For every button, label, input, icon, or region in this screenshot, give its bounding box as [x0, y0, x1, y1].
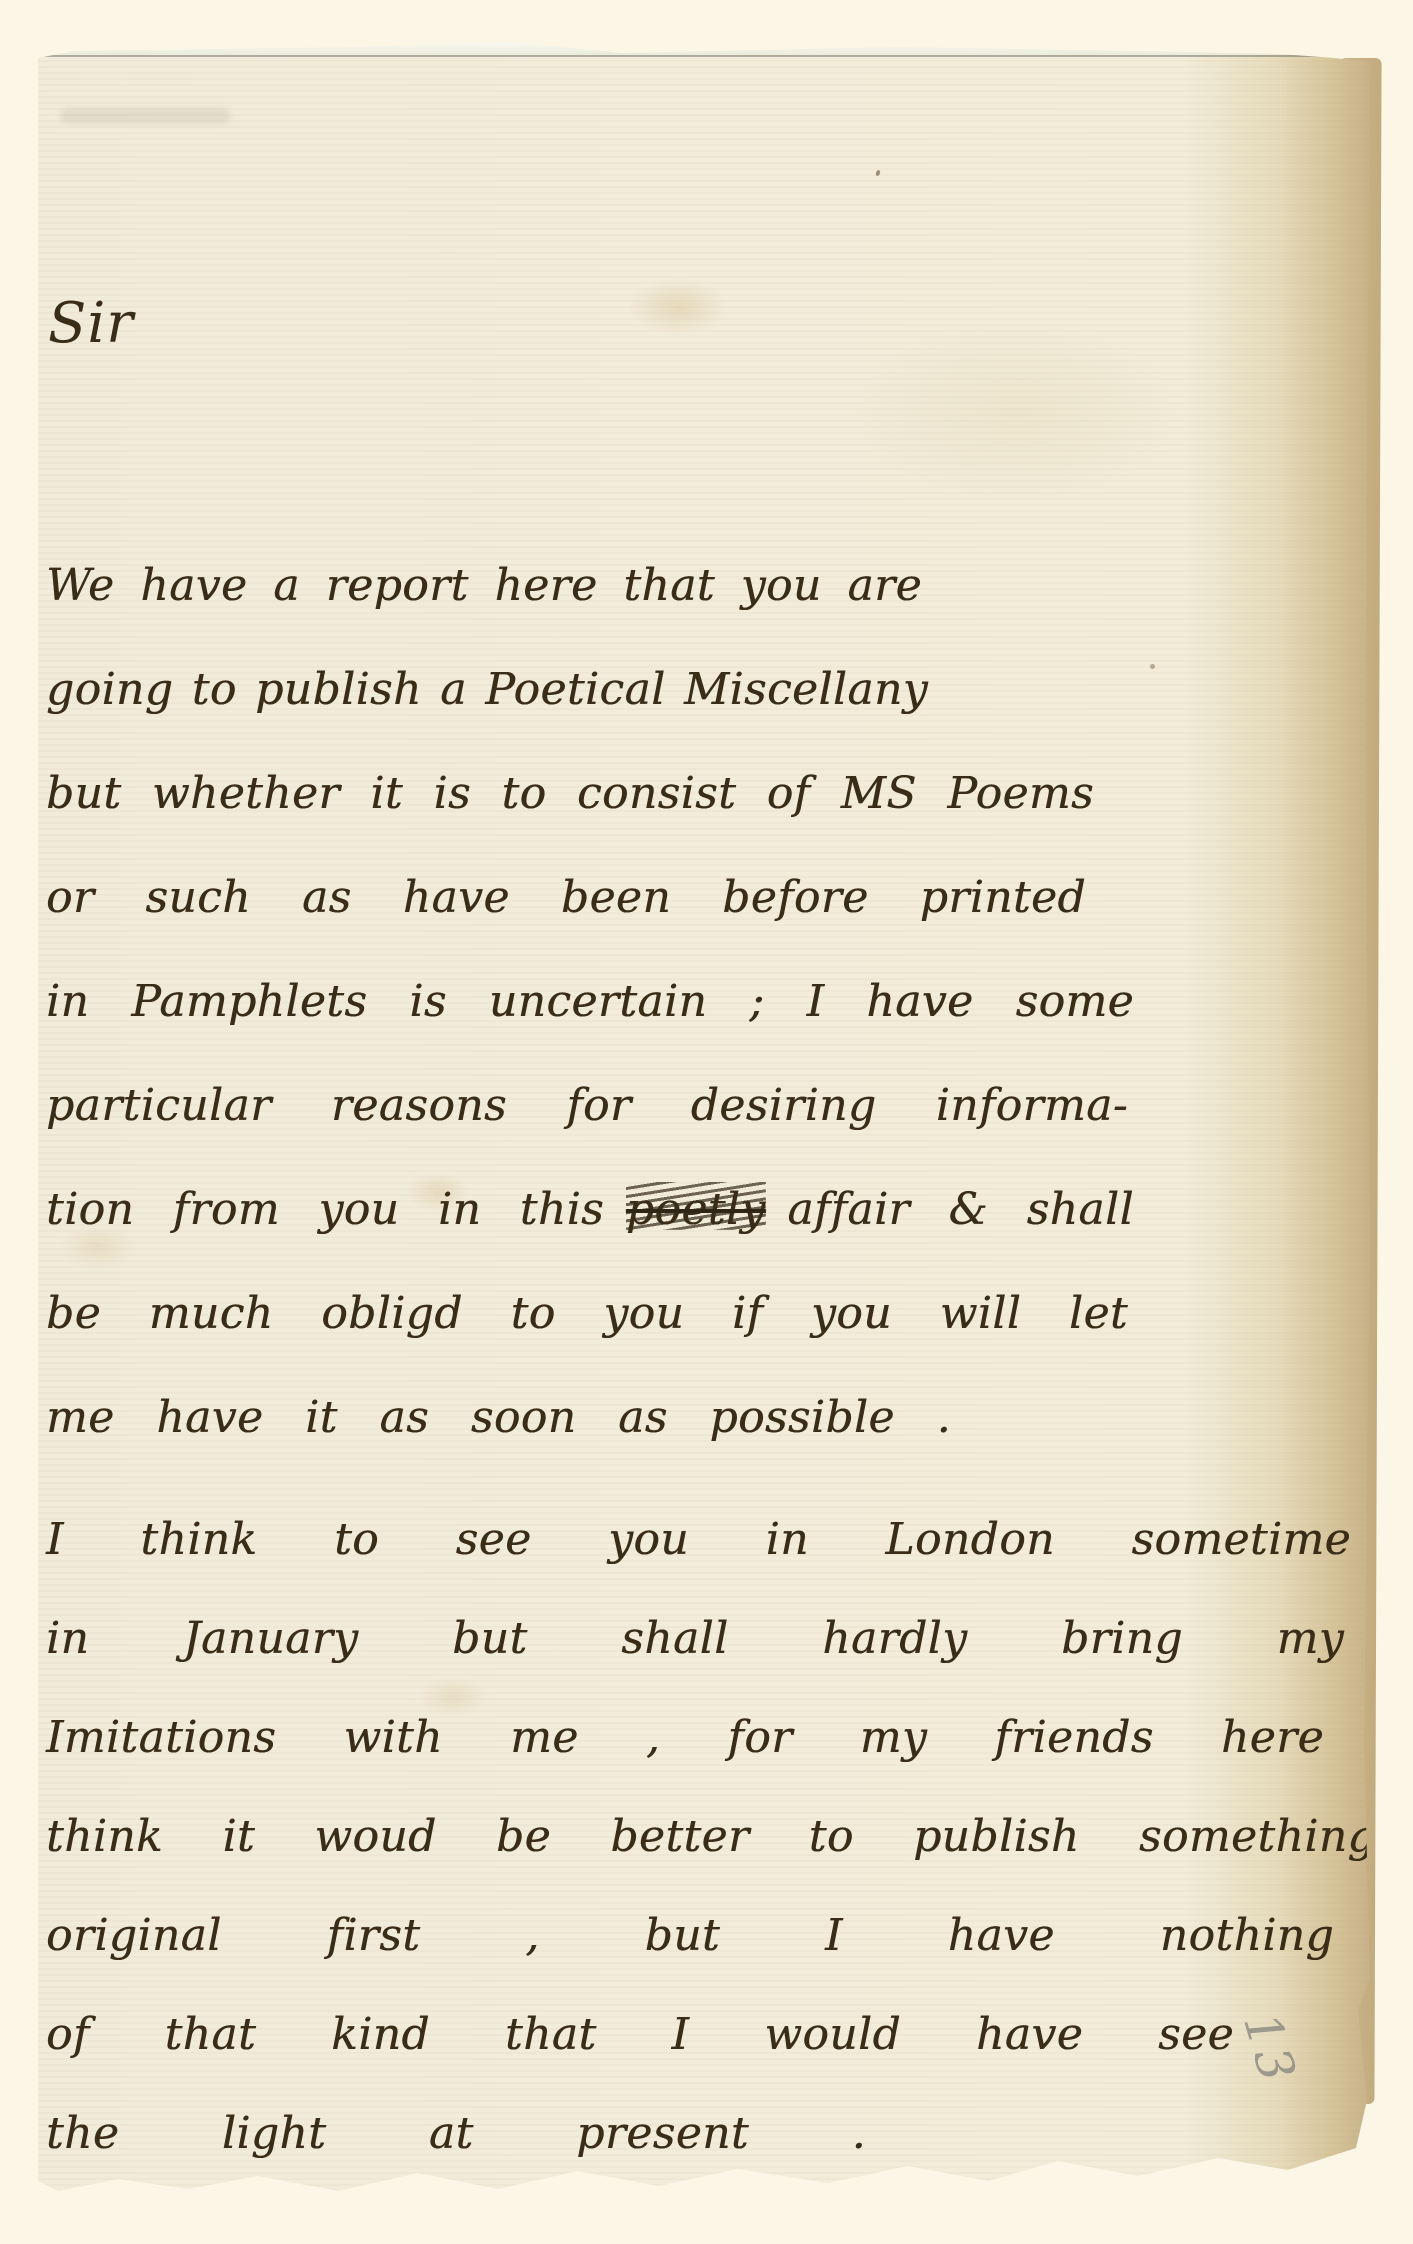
letter-line: going to publish a Poetical Miscellany	[46, 638, 928, 742]
line-text: tion from you in this	[46, 1158, 604, 1262]
page-top-edge	[38, 42, 1370, 55]
letter-line: me have it as soon as possible .	[46, 1366, 951, 1470]
letter-line: the light at present .	[46, 2084, 866, 2183]
struck-out-word: poetly	[626, 1158, 766, 1262]
ink-speck	[398, 36, 402, 46]
letter-line: be much obligd to you if you will let	[46, 1262, 1128, 1366]
letter-line: or such as have been before printed	[46, 846, 1086, 950]
letter-line: We have a report here that you are	[46, 534, 922, 638]
ink-speck	[1150, 664, 1155, 669]
letter-line: of that kind that I would have see	[46, 1985, 1234, 2084]
letter-line: Imitations with me , for my friends here	[46, 1688, 1324, 1787]
line-text: affair & shall	[787, 1158, 1134, 1262]
paragraph-2: I think to see you in London sometime in…	[46, 1490, 1376, 2183]
letter-line: in January but shall hardly bring my	[46, 1589, 1344, 1688]
letter-line: I think to see you in London sometime	[46, 1490, 1351, 1589]
letter-line: think it woud be better to publish somet…	[46, 1787, 1376, 1886]
letter-line: in Pamphlets is uncertain ; I have some	[46, 950, 1134, 1054]
paragraph-1: We have a report here that you are going…	[46, 534, 1134, 1470]
letter-page: Sir We have a report here that you are g…	[38, 42, 1370, 2192]
letter-scan: Sir We have a report here that you are g…	[0, 0, 1413, 2244]
letter-line: original first , but I have nothing	[46, 1886, 1334, 1985]
letter-line: particular reasons for desiring informa-	[46, 1054, 1128, 1158]
salutation: Sir	[48, 284, 134, 364]
letter-line-with-strikeout: tion from you in this poetly affair & sh…	[46, 1158, 1134, 1262]
letter-line: but whether it is to consist of MS Poems	[46, 742, 1094, 846]
page-top-crease	[44, 55, 1349, 57]
ink-speck	[875, 169, 881, 176]
pencil-smudge	[60, 108, 230, 124]
